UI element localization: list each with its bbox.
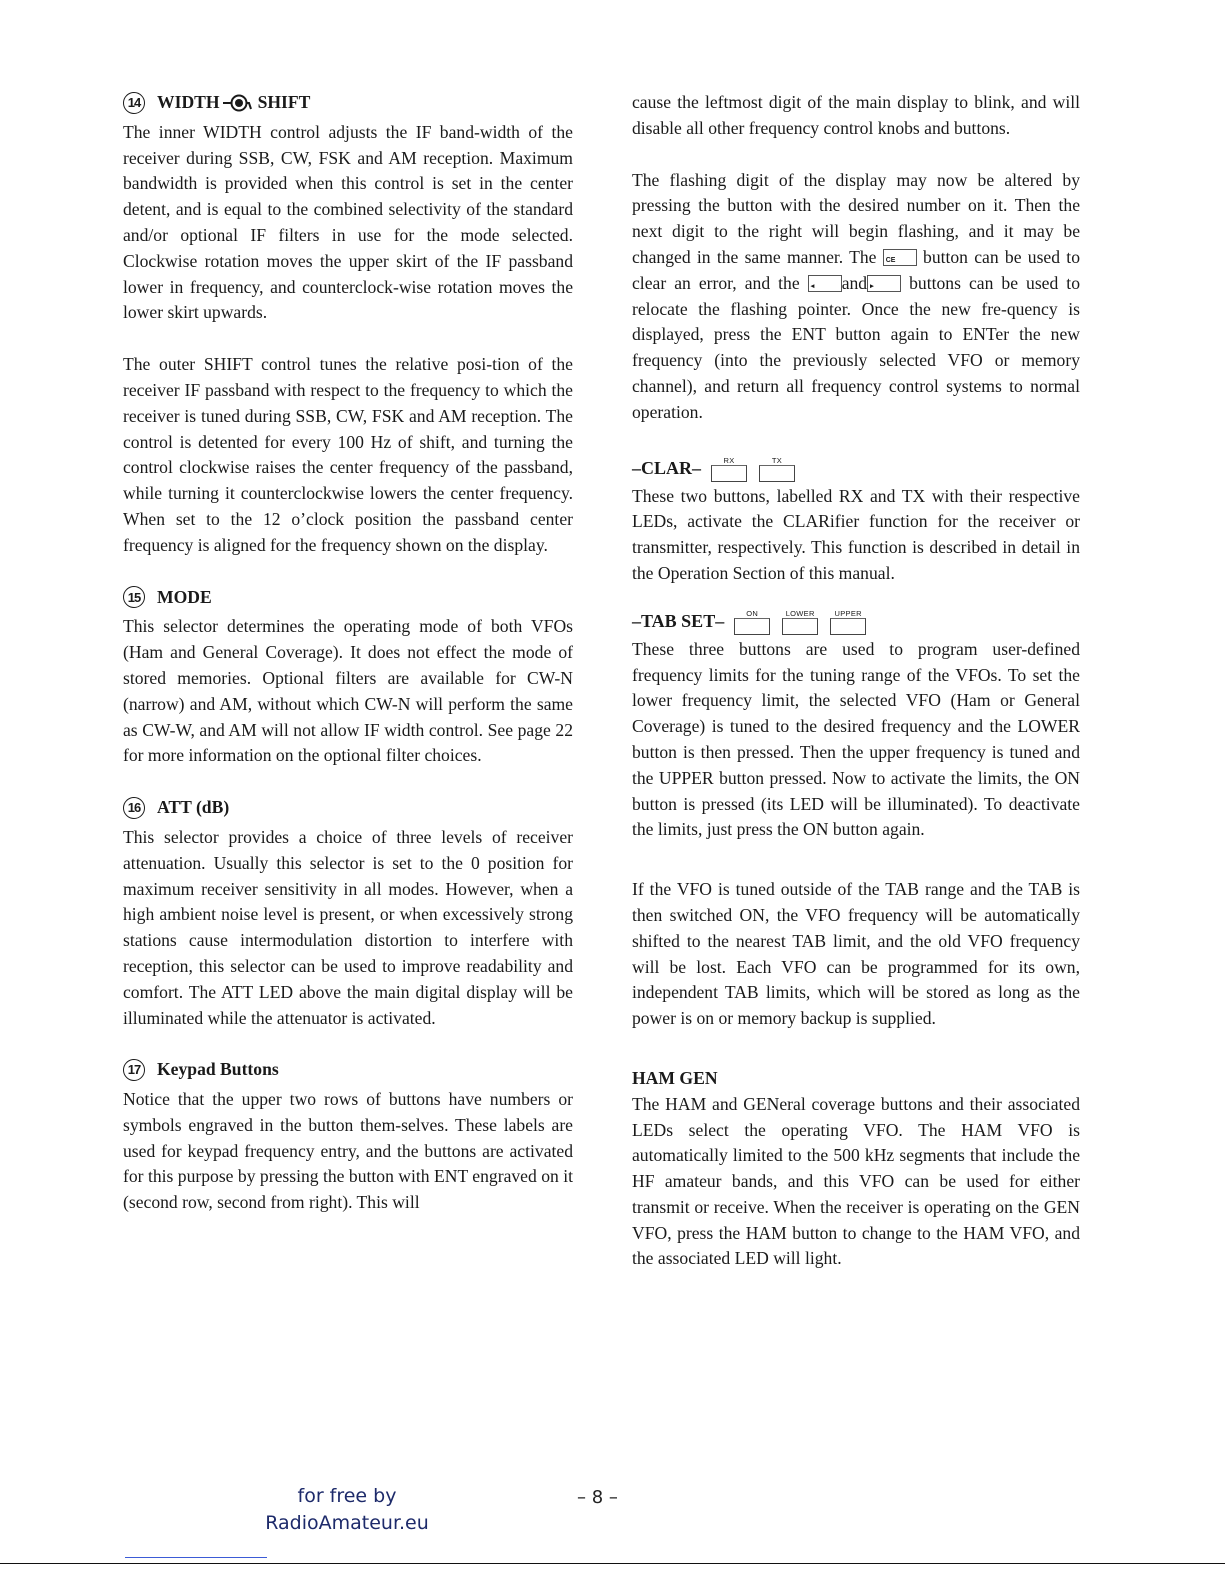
link-underline[interactable] xyxy=(125,1557,267,1558)
heading-width: WIDTH xyxy=(157,90,220,116)
tab-set-button-diagram: ON LOWER UPPER xyxy=(734,609,866,635)
upper-button-diagram: UPPER xyxy=(830,609,866,635)
button-label: UPPER xyxy=(835,609,862,618)
section-heading-att: 16 ATT (dB) xyxy=(123,795,573,821)
rx-button-diagram: RX xyxy=(711,456,747,482)
paragraph: Notice that the upper two rows of button… xyxy=(123,1087,573,1216)
footer-line-2: RadioAmateur.eu xyxy=(257,1510,437,1537)
button-outline-icon xyxy=(830,618,866,635)
right-column: cause the leftmost digit of the main dis… xyxy=(632,90,1080,1272)
ce-key-icon: CE xyxy=(883,249,917,266)
key-label: CE xyxy=(886,248,896,274)
tab-set-heading: –TAB SET– ON LOWER UPPER xyxy=(632,609,1080,635)
clar-heading: –CLAR– RX TX xyxy=(632,456,1080,482)
heading-title: HAM GEN xyxy=(632,1066,718,1092)
bottom-rule-divider xyxy=(0,1563,1225,1564)
paragraph: The HAM and GENeral coverage buttons and… xyxy=(632,1092,1080,1273)
paragraph: These two buttons, labelled RX and TX wi… xyxy=(632,484,1080,587)
text-run: and xyxy=(842,273,867,293)
key-label: ◂ xyxy=(811,274,815,300)
button-outline-icon xyxy=(711,465,747,482)
footer-credit: for free by RadioAmateur.eu xyxy=(257,1483,437,1537)
button-outline-icon xyxy=(734,618,770,635)
footer-line-1: for free by xyxy=(257,1483,437,1510)
heading-title: ATT (dB) xyxy=(157,795,229,821)
paragraph: The outer SHIFT control tunes the relati… xyxy=(123,352,573,558)
on-button-diagram: ON xyxy=(734,609,770,635)
section-heading-keypad: 17 Keypad Buttons xyxy=(123,1057,573,1083)
paragraph-flashing-digit: The flashing digit of the display may no… xyxy=(632,168,1080,426)
button-label: LOWER xyxy=(786,609,815,618)
section-number: 15 xyxy=(123,586,145,608)
button-label: ON xyxy=(746,609,758,618)
ham-gen-heading: HAM GEN xyxy=(632,1066,1080,1092)
paragraph: If the VFO is tuned outside of the TAB r… xyxy=(632,877,1080,1032)
tx-button-diagram: TX xyxy=(759,456,795,482)
paragraph: This selector provides a choice of three… xyxy=(123,825,573,1031)
heading-title: –TAB SET– xyxy=(632,609,724,635)
section-heading-width-shift: 14 WIDTH SHIFT xyxy=(123,90,573,116)
concentric-knob-icon xyxy=(222,93,256,113)
heading-title: –CLAR– xyxy=(632,456,701,482)
section-number: 16 xyxy=(123,797,145,819)
key-label: ▸ xyxy=(870,274,874,300)
paragraph: This selector determines the operating m… xyxy=(123,614,573,769)
heading-shift: SHIFT xyxy=(258,90,311,116)
section-number: 14 xyxy=(123,92,145,114)
button-label: TX xyxy=(772,456,782,465)
button-outline-icon xyxy=(759,465,795,482)
page-number: – 8 – xyxy=(577,1487,618,1508)
section-heading-mode: 15 MODE xyxy=(123,585,573,611)
paragraph: These three buttons are used to program … xyxy=(632,637,1080,843)
heading-title: MODE xyxy=(157,585,212,611)
clar-button-diagram: RX TX xyxy=(711,456,795,482)
heading-title: Keypad Buttons xyxy=(157,1057,279,1083)
button-outline-icon xyxy=(782,618,818,635)
lower-button-diagram: LOWER xyxy=(782,609,818,635)
left-column: 14 WIDTH SHIFT The inner WIDTH control a… xyxy=(123,90,573,1216)
text-run: buttons can be used to relocate the flas… xyxy=(632,273,1080,422)
right-arrow-key-icon: ▸ xyxy=(867,275,901,292)
button-label: RX xyxy=(724,456,735,465)
paragraph: cause the leftmost digit of the main dis… xyxy=(632,90,1080,142)
paragraph: The inner WIDTH control adjusts the IF b… xyxy=(123,120,573,326)
section-number: 17 xyxy=(123,1059,145,1081)
left-arrow-key-icon: ◂ xyxy=(808,275,842,292)
